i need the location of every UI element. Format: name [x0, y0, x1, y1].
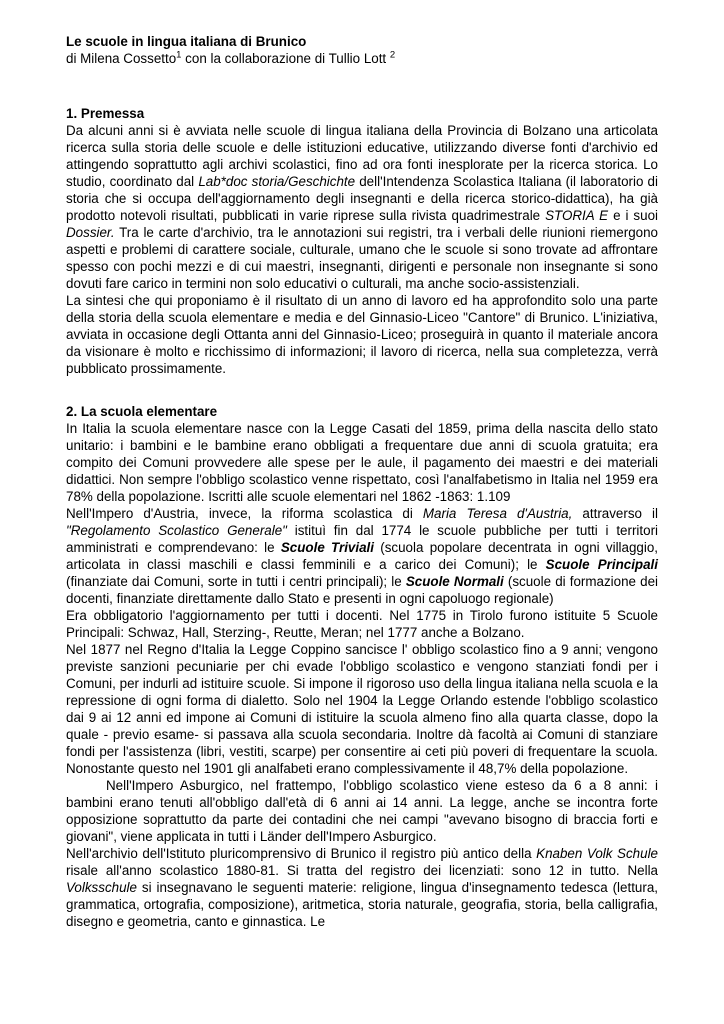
text-segment: "Regolamento Scolastico Generale": [66, 523, 287, 538]
section: 1. PremessaDa alcuni anni si è avviata n…: [66, 105, 658, 377]
document-page: Le scuole in lingua italiana di Brunico …: [0, 0, 724, 1024]
paragraph: Nel 1877 nel Regno d'Italia la Legge Cop…: [66, 641, 658, 777]
document-byline: di Milena Cossetto1 con la collaborazion…: [66, 50, 658, 67]
text-segment: e i suoi: [608, 208, 658, 223]
text-segment: Maria Teresa d'Austria,: [423, 506, 572, 521]
text-segment: Scuole Triviali: [281, 540, 374, 555]
paragraph: Nell'Impero d'Austria, invece, la riform…: [66, 505, 658, 607]
paragraph: La sintesi che qui proponiamo è il risul…: [66, 292, 658, 377]
footnote-reference: 2: [390, 50, 395, 61]
document-title: Le scuole in lingua italiana di Brunico: [66, 33, 658, 50]
text-segment: Nell'archivio dell'Istituto pluricompren…: [66, 846, 536, 861]
document-body: 1. PremessaDa alcuni anni si è avviata n…: [66, 105, 658, 930]
text-segment: Nel 1877 nel Regno d'Italia la Legge Cop…: [66, 642, 658, 776]
text-segment: risale all'anno scolastico 1880-81. Si t…: [66, 863, 658, 878]
text-segment: Scuole Normali: [406, 574, 504, 589]
section-heading: 2. La scuola elementare: [66, 403, 658, 420]
paragraph: Nell'archivio dell'Istituto pluricompren…: [66, 845, 658, 930]
paragraph: Nell'Impero Asburgico, nel frattempo, l'…: [66, 777, 658, 845]
text-segment: si insegnavano le seguenti materie: reli…: [66, 880, 658, 929]
section-heading: 1. Premessa: [66, 105, 658, 122]
text-segment: con la collaborazione di Tullio Lott: [181, 51, 389, 66]
text-segment: Nell'Impero Asburgico, nel frattempo, l'…: [66, 778, 658, 844]
text-segment: In Italia la scuola elementare nasce con…: [66, 421, 658, 504]
text-segment: di Milena Cossetto: [66, 51, 176, 66]
text-segment: La sintesi che qui proponiamo è il risul…: [66, 293, 658, 376]
text-segment: Nell'Impero d'Austria, invece, la riform…: [66, 506, 423, 521]
text-segment: (finanziate dai Comuni, sorte in tutti i…: [66, 574, 406, 589]
text-segment: Scuole Principali: [546, 557, 658, 572]
paragraph: Da alcuni anni si è avviata nelle scuole…: [66, 122, 658, 292]
text-segment: Tra le carte d'archivio, tra le annotazi…: [66, 225, 658, 291]
section: 2. La scuola elementareIn Italia la scuo…: [66, 403, 658, 930]
text-segment: attraverso il: [572, 506, 658, 521]
text-segment: STORIA E: [545, 208, 608, 223]
paragraph: In Italia la scuola elementare nasce con…: [66, 420, 658, 505]
text-segment: Era obbligatorio l'aggiornamento per tut…: [66, 608, 658, 640]
paragraph: Era obbligatorio l'aggiornamento per tut…: [66, 607, 658, 641]
text-segment: Volksschule: [66, 880, 137, 895]
text-segment: Lab*doc storia/Geschichte: [198, 174, 355, 189]
text-segment: Dossier.: [66, 225, 115, 240]
text-segment: Knaben Volk Schule: [536, 846, 658, 861]
